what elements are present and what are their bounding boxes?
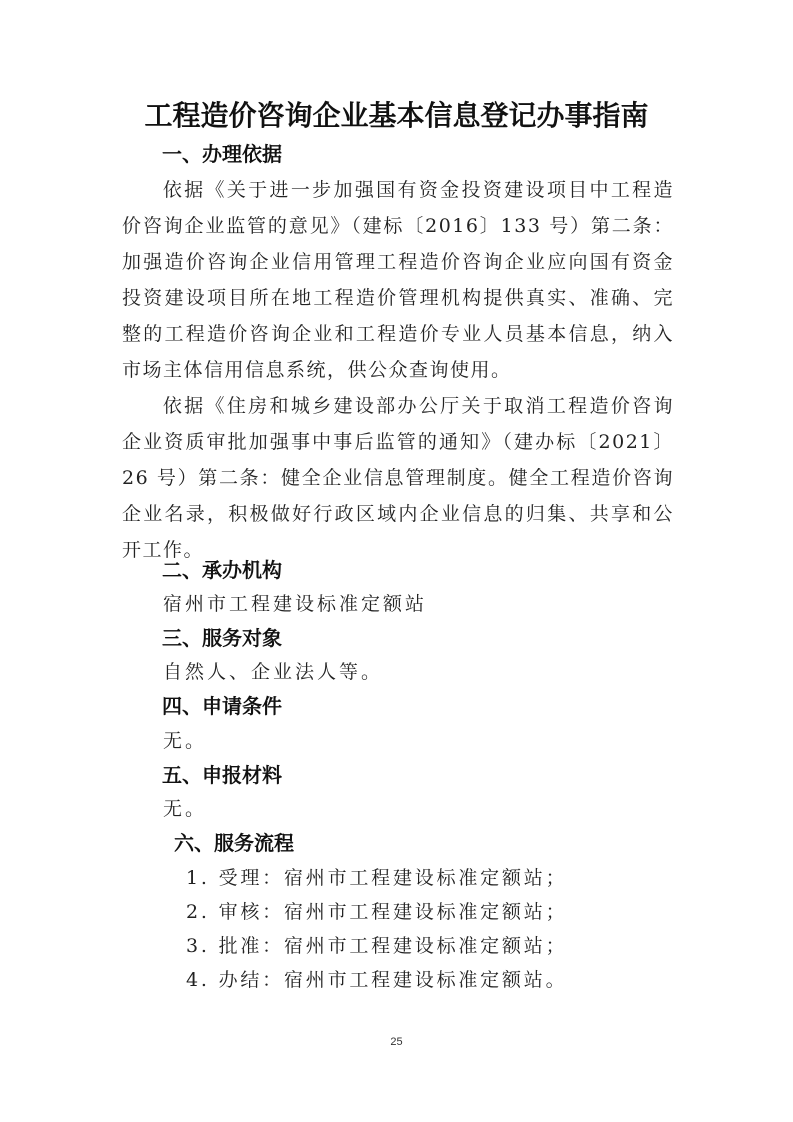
section-heading-process: 六、服务流程 bbox=[174, 829, 294, 857]
section-heading-agency: 二、承办机构 bbox=[162, 556, 282, 584]
section-heading-conditions: 四、申请条件 bbox=[162, 692, 282, 720]
process-step-2: 2. 审核：宿州市工程建设标准定额站； bbox=[186, 898, 567, 926]
section-heading-service-target: 三、服务对象 bbox=[162, 624, 282, 652]
process-step-3: 3. 批准：宿州市工程建设标准定额站； bbox=[186, 932, 567, 960]
basis-paragraph-1: 依据《关于进一步加强国有资金投资建设项目中工程造价咨询企业监管的意见》（建标〔2… bbox=[122, 172, 674, 388]
materials-text: 无。 bbox=[163, 795, 207, 823]
conditions-text: 无。 bbox=[163, 727, 207, 755]
basis-paragraph-2-text: 依据《住房和城乡建设部办公厅关于取消工程造价咨询企业资质审批加强事中事后监管的通… bbox=[122, 395, 674, 561]
page-number: 25 bbox=[0, 1036, 793, 1048]
basis-paragraph-2: 依据《住房和城乡建设部办公厅关于取消工程造价咨询企业资质审批加强事中事后监管的通… bbox=[122, 388, 674, 568]
document-page: 工程造价咨询企业基本信息登记办事指南 一、办理依据 依据《关于进一步加强国有资金… bbox=[0, 0, 793, 1122]
process-step-1: 1. 受理：宿州市工程建设标准定额站； bbox=[186, 864, 567, 892]
basis-paragraph-1-text: 依据《关于进一步加强国有资金投资建设项目中工程造价咨询企业监管的意见》（建标〔2… bbox=[122, 179, 674, 381]
document-title: 工程造价咨询企业基本信息登记办事指南 bbox=[0, 96, 793, 136]
section-heading-materials: 五、申报材料 bbox=[162, 761, 282, 789]
agency-text: 宿州市工程建设标准定额站 bbox=[163, 590, 427, 618]
section-heading-basis: 一、办理依据 bbox=[162, 140, 282, 168]
process-step-4: 4. 办结：宿州市工程建设标准定额站。 bbox=[186, 966, 567, 994]
service-target-text: 自然人、企业法人等。 bbox=[163, 658, 383, 686]
